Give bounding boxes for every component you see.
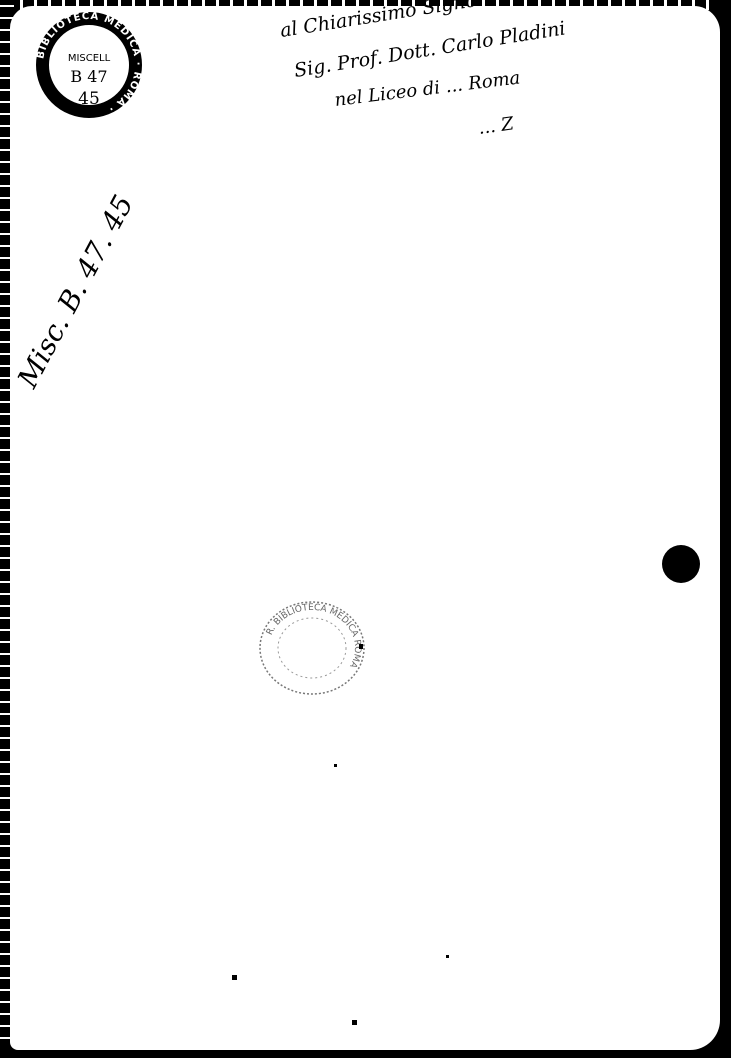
speck	[334, 764, 337, 767]
speck	[446, 955, 449, 958]
scan-edge-right	[719, 0, 731, 1058]
svg-text:R. BIBLIOTECA MEDICA ROMA: R. BIBLIOTECA MEDICA ROMA	[265, 603, 362, 670]
faint-library-stamp: R. BIBLIOTECA MEDICA ROMA	[256, 598, 368, 698]
stamp-number: 45	[49, 89, 129, 109]
library-stamp-center: MISCELL B 47 45	[49, 25, 129, 105]
document-page	[10, 6, 720, 1050]
stamp-shelf: B 47	[49, 67, 129, 86]
ink-blot	[662, 545, 700, 583]
speck	[352, 1020, 357, 1025]
stamp-label: MISCELL	[49, 53, 129, 64]
speck	[232, 975, 237, 980]
